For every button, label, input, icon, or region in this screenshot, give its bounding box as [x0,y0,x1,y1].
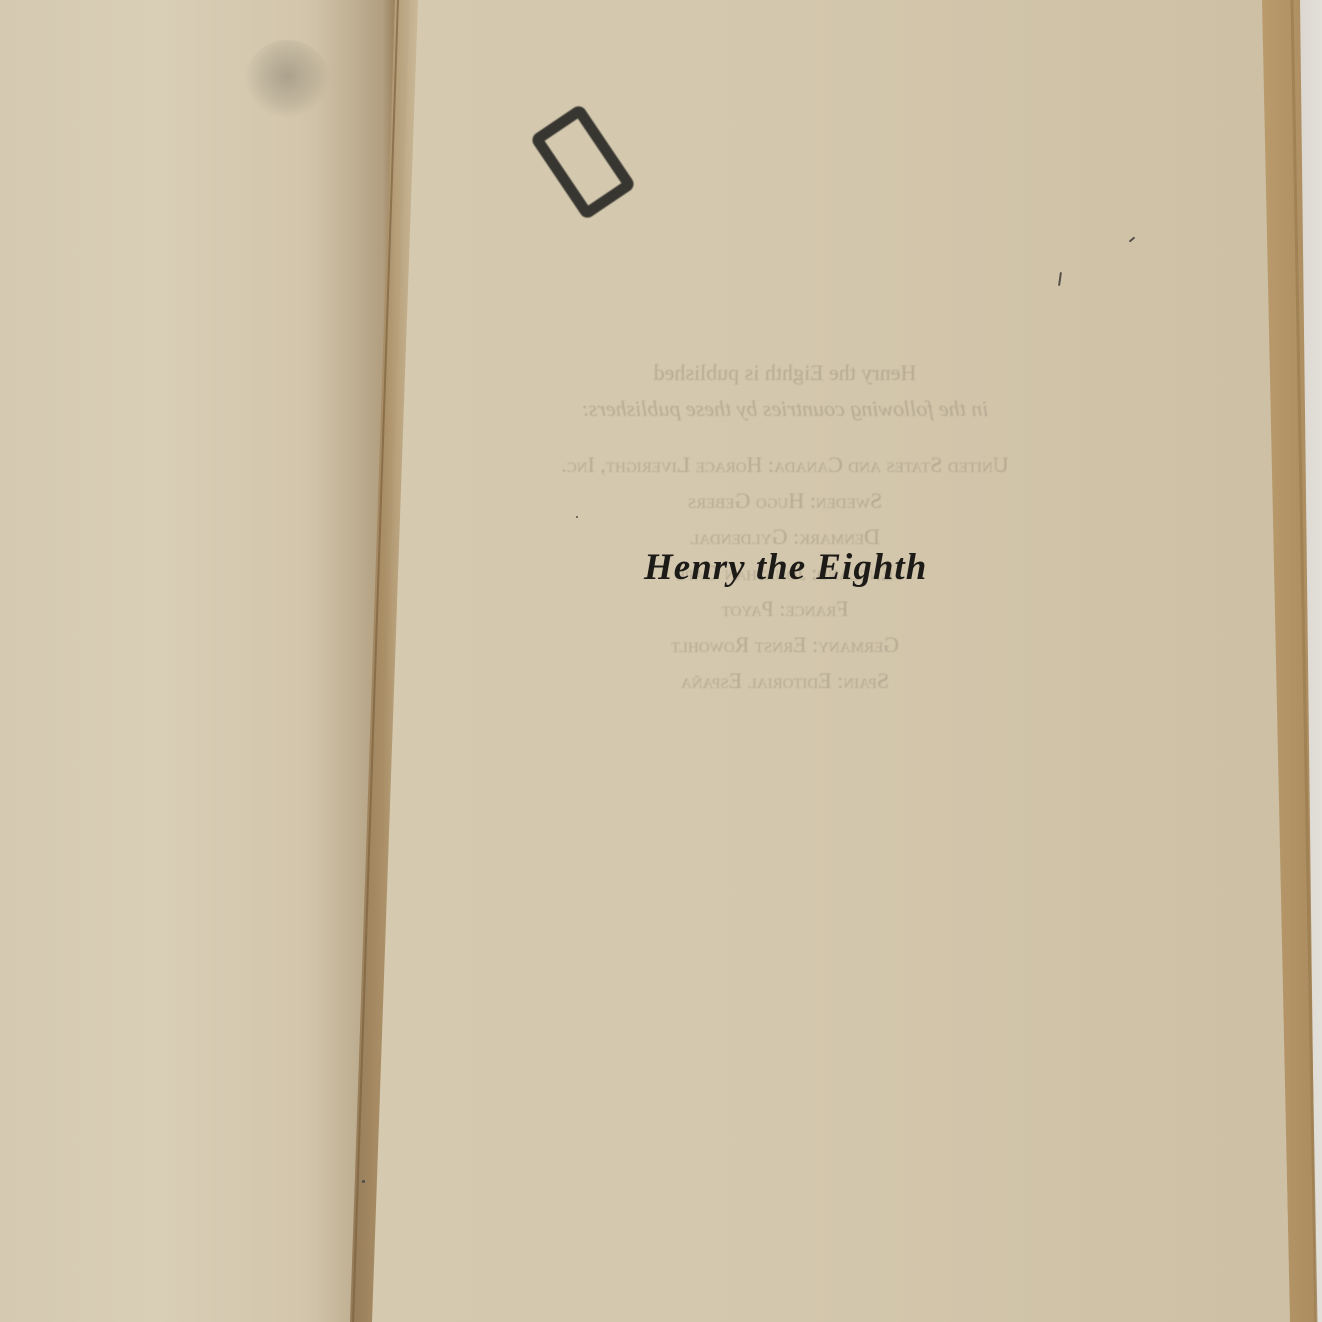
bleed-line: Spain: Editorial España [470,670,1100,706]
bleed-line: France: Payot [470,598,1100,634]
bleed-through-text: Henry the Eighth is published in the fol… [470,362,1100,706]
ink-smudge [245,40,330,120]
bleed-line: Sweden: Hugo Gebers [470,490,1100,526]
bleed-line: Germany: Ernst Rowohlt [470,634,1100,670]
book-photo: Henry the Eighth is published in the fol… [0,0,1322,1322]
bleed-line: in the following countries by these publ… [470,398,1100,434]
book-title: Henry the Eighth [644,546,927,589]
bleed-line: Henry the Eighth is published [470,362,1100,398]
bleed-line: United States and Canada: Horace Liverig… [470,454,1100,490]
